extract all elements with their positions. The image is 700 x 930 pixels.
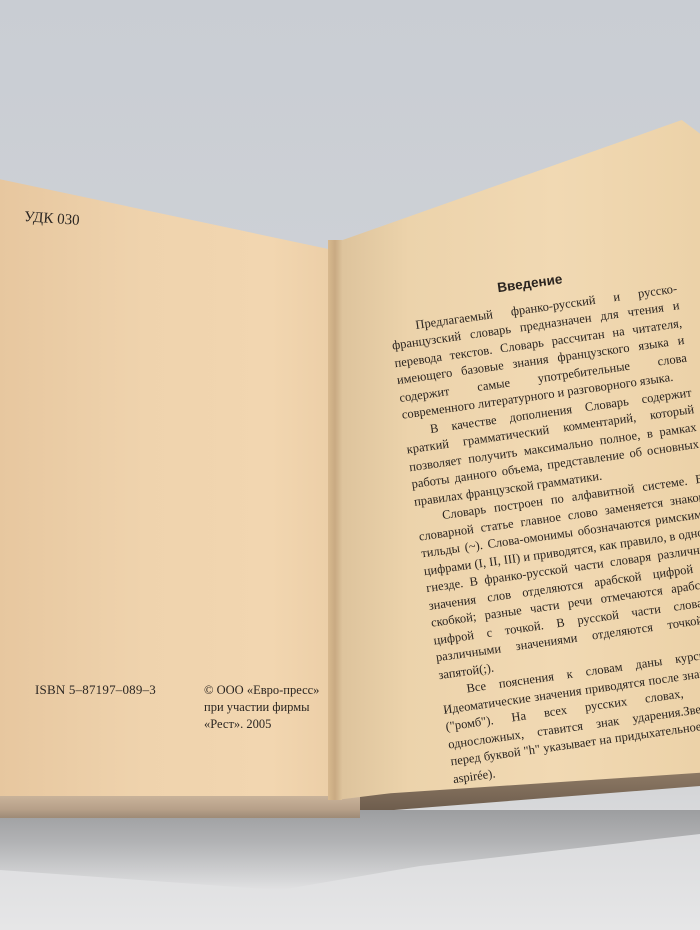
copyright-line: © ООО «Евро-пресс» — [204, 682, 319, 699]
photo-scene: УДК 030 ISBN 5–87197–089–3 © ООО «Евро-п… — [0, 0, 700, 930]
copyright-notice: © ООО «Евро-пресс» при участии фирмы «Ре… — [204, 682, 319, 733]
book-shadow — [0, 810, 700, 890]
isbn-number: ISBN 5–87197–089–3 — [35, 682, 156, 698]
copyright-line: «Рест». 2005 — [204, 716, 319, 733]
left-page-edge — [0, 796, 360, 818]
copyright-line: при участии фирмы — [204, 699, 319, 716]
book-gutter — [328, 240, 342, 800]
